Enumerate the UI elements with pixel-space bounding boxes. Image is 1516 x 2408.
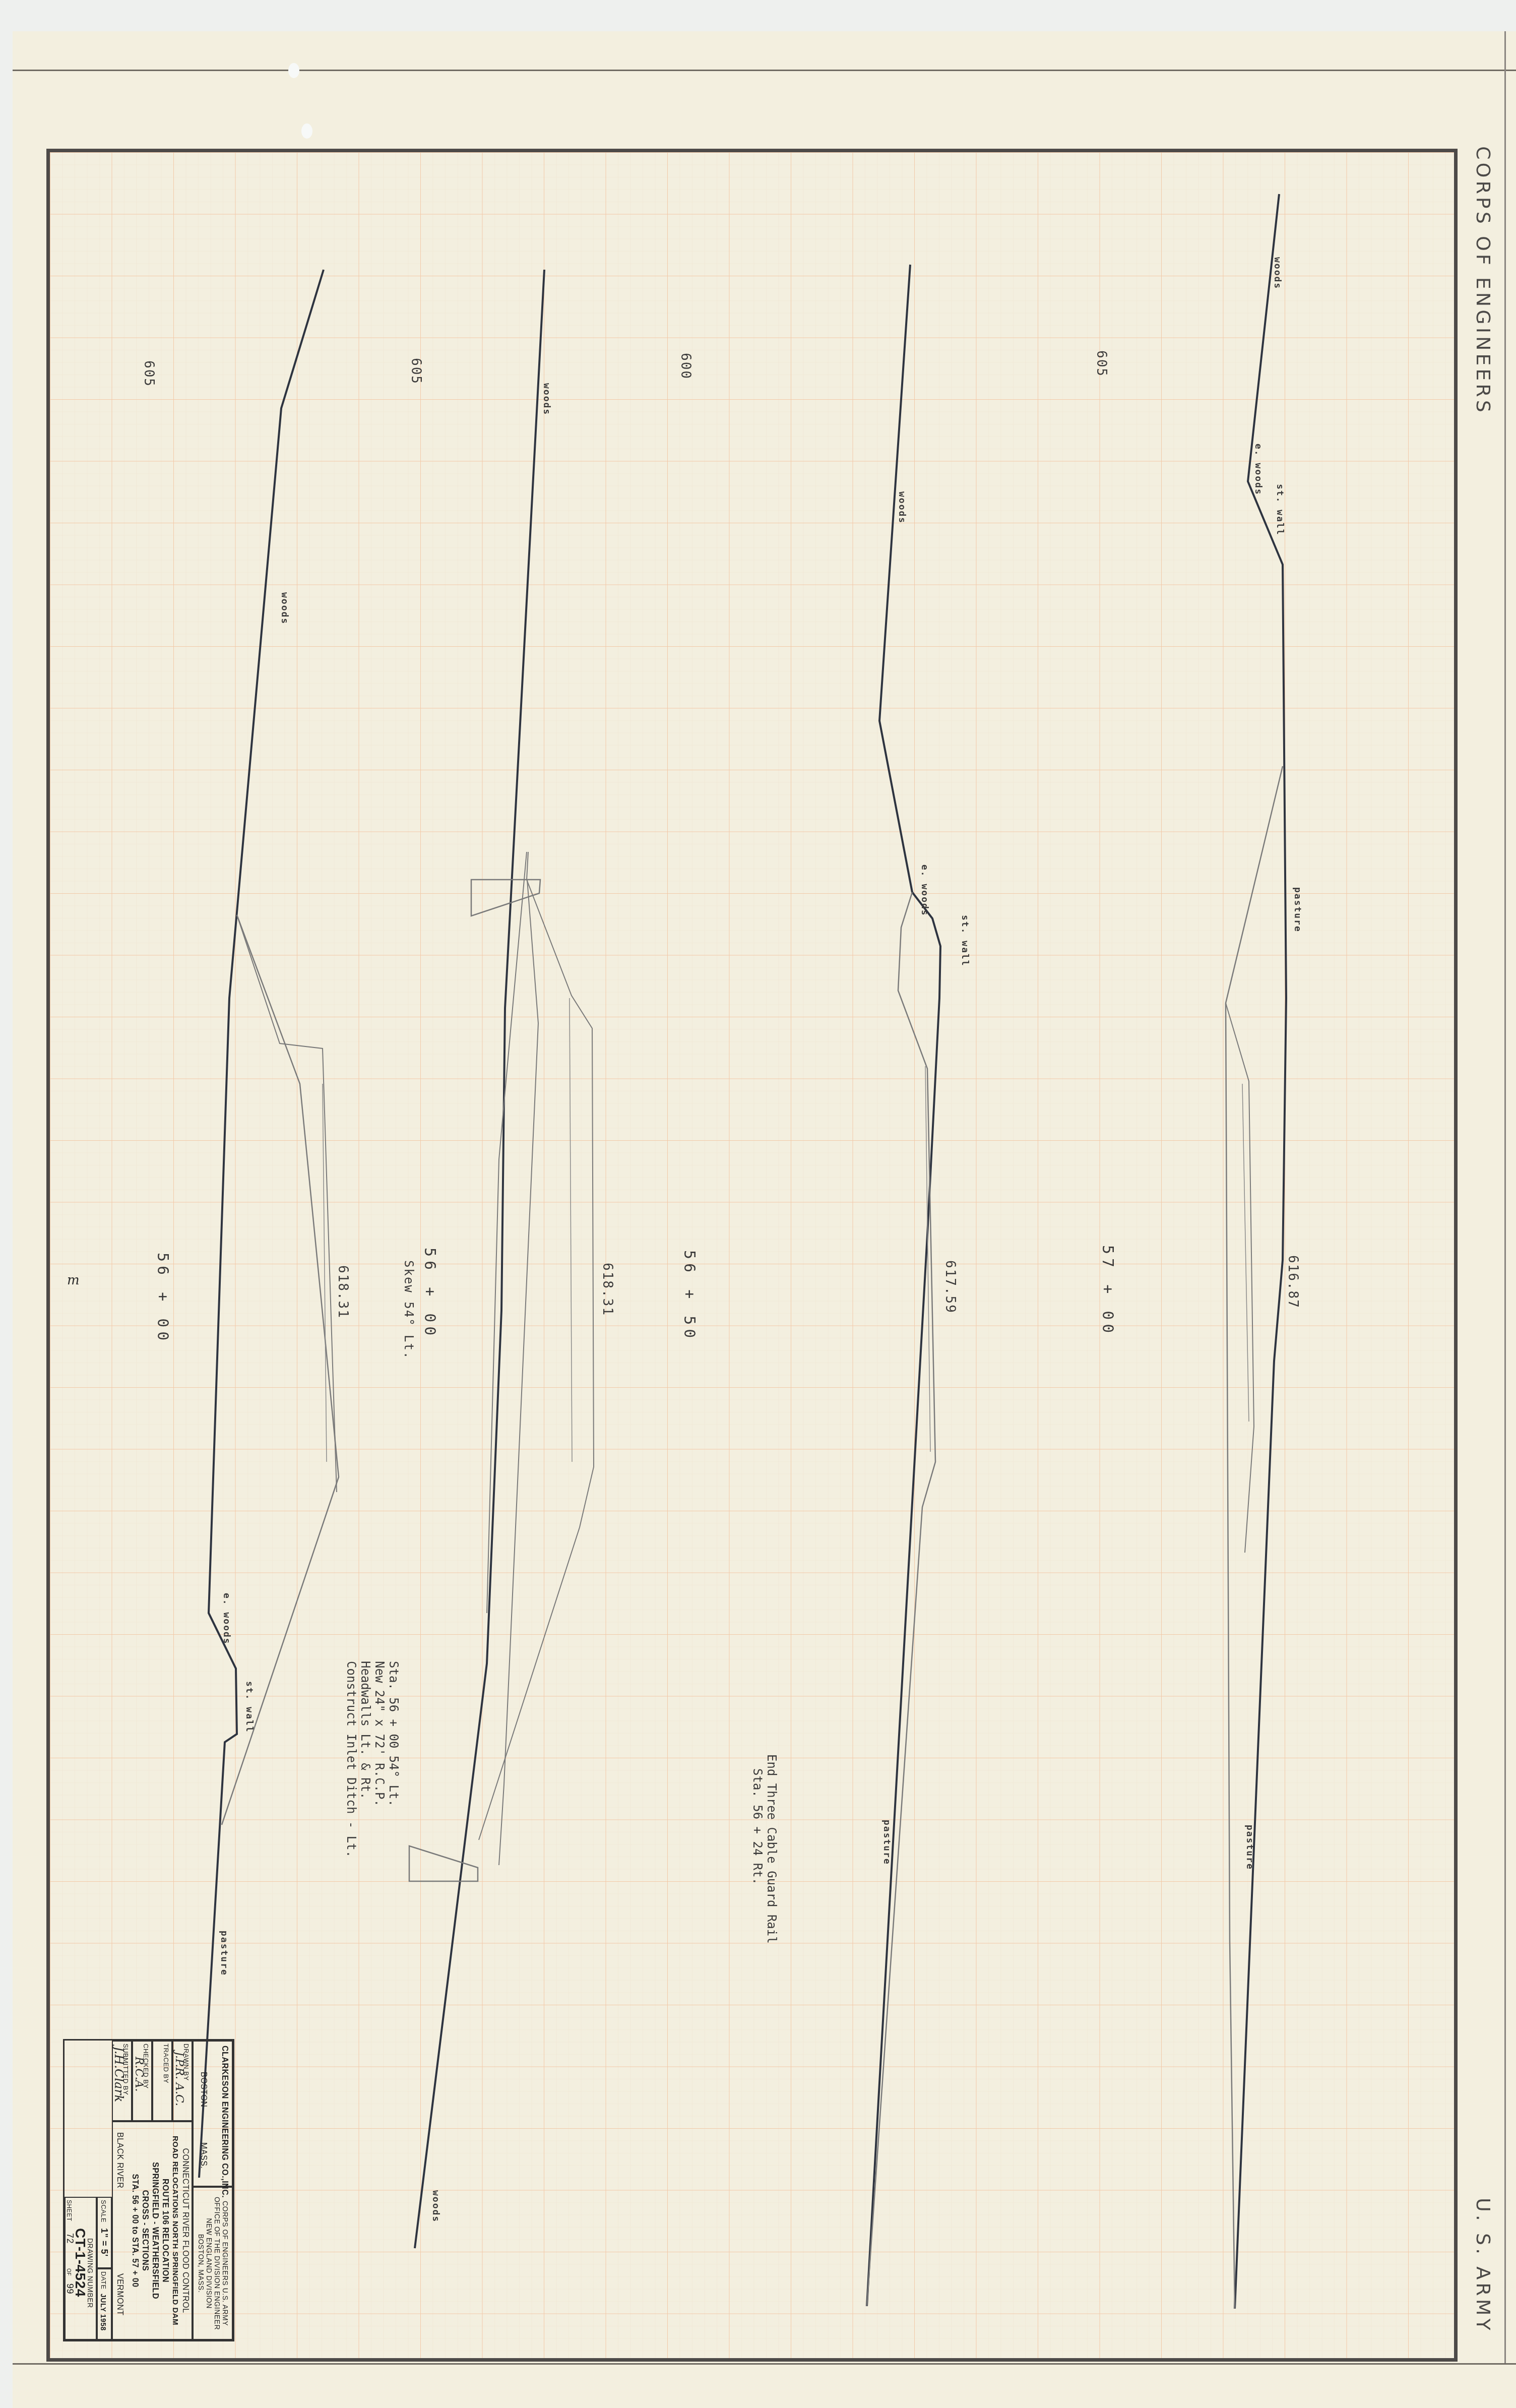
label-pasture: pasture [1244,1825,1255,1870]
firm-city: BOSTON [199,2072,208,2107]
sheet-label: SHEET [65,2200,74,2221]
scale-value: 1" = 5' [100,2228,109,2257]
grade-elevation-56-00-skew: 618.31 [600,1263,615,1316]
label-pasture: pasture [881,1820,892,1865]
label-woods: woods [541,383,552,415]
project-line: STA. 56 + 00 to STA. 57 + 00 [130,2122,139,2339]
grade-elevation-56-50: 617.59 [942,1260,958,1314]
firm-cell: CLARKESON ENGINEERING CO.,INC. BOSTON MA… [193,2041,233,2187]
sheet-of-label: OF [64,2268,73,2276]
ref-elevation-56-50: 600 [678,353,693,380]
margin-corps-of-engineers: CORPS OF ENGINEERS [1472,146,1494,415]
label-edge-woods: e. woods [221,1593,232,1645]
sheet-number: 72 [66,2233,75,2244]
culvert-note: Sta. 56 + 00 54° Lt. New 24" x 72' R.C.P… [344,1661,401,1858]
label-pasture: pasture [1292,887,1303,933]
title-block: CLARKESON ENGINEERING CO.,INC. BOSTON MA… [63,2039,234,2341]
checked-by-value: R.C.A. [133,2057,145,2091]
agency-line: BOSTON, MASS. [197,2188,206,2339]
sheet-total: 99 [66,2283,75,2294]
project-line: CROSS - SECTIONS [140,2122,149,2339]
label-woods: woods [279,592,290,625]
guard-rail-note-line: Sta. 56 + 24 Rt. [750,1754,765,1944]
firm-state: MASS. [199,2142,208,2169]
ref-elevation-57-00: 605 [1094,350,1109,377]
guard-rail-note-line: End Three Cable Guard Rail [765,1754,779,1944]
project-line: SPRINGFIELD - WEATHERSFIELD [150,2122,159,2339]
grade-elevation-56-00: 618.31 [335,1265,350,1319]
date-label: DATE [99,2271,108,2290]
ref-elevation-56-00: 605 [141,360,156,387]
culvert-note-line: New 24" x 72' R.C.P. [372,1661,387,1858]
label-edge-woods: e. woods [1253,444,1264,496]
label-stone-wall: st. wall [1275,484,1285,536]
grade-elevation-57-00: 616.87 [1285,1255,1300,1309]
drawn-by-cell: DRAWN BY J.P.R. A.C. [172,2041,193,2121]
date-value: JULY 1958 [99,2294,108,2331]
ref-elevation-56-00-skew: 605 [408,358,423,385]
station-56-00-skew: 56 + 00 [421,1248,438,1339]
project-cell: CONNECTICUT RIVER FLOOD CONTROL ROAD REL… [112,2121,193,2340]
agency-line: CORPS OF ENGINEERS U.S. ARMY [221,2188,230,2339]
section-56-00-profile [199,270,339,2178]
checked-by-cell: CHECKED BY R.C.A. [132,2041,152,2121]
label-woods: woods [897,491,907,524]
agency-line: NEW ENGLAND DIVISION [205,2188,214,2339]
state-name: VERMONT [115,2273,124,2316]
culvert-note-line: Sta. 56 + 00 54° Lt. [387,1661,401,1858]
scale-label: SCALE [99,2200,108,2222]
skew-label: Skew 54° Lt. [402,1260,416,1360]
label-stone-wall: st. wall [244,1681,255,1733]
station-56-00: 56 + 00 [154,1253,171,1344]
drawn-by-value: J.P.R. A.C. [173,2052,185,2106]
agency-cell: CORPS OF ENGINEERS U.S. ARMY OFFICE OF T… [193,2187,233,2340]
agency-line: OFFICE OF THE DIVISION ENGINEER [213,2188,222,2339]
label-edge-woods: e. woods [919,865,930,916]
project-line: ROUTE 106 RELOCATION [160,2122,169,2339]
guard-rail-note: End Three Cable Guard Rail Sta. 56 + 24 … [750,1754,779,1944]
margin-mark: m [67,1273,80,1288]
submitted-signature: J.H.Clark [112,2047,126,2102]
culvert-note-line: Headwalls Lt. & Rt. [358,1661,372,1858]
date-cell: DATE JULY 1958 [97,2268,112,2340]
station-56-50: 56 + 50 [680,1250,698,1342]
section-56-50-profile [867,265,940,2306]
traced-by-label: TRACED BY [161,2044,170,2083]
project-line: CONNECTICUT RIVER FLOOD CONTROL [180,2122,190,2339]
submitted-by-cell: SUBMITTED BY J.H.Clark [112,2041,132,2121]
station-57-00: 57 + 00 [1099,1245,1116,1337]
traced-by-cell: TRACED BY [152,2041,172,2121]
label-stone-wall: st. wall [960,915,970,967]
label-woods: woods [1272,257,1283,289]
project-line: ROAD RELOCATIONS NORTH SPRINGFIELD DAM [170,2122,179,2339]
river-name: BLACK RIVER [115,2132,124,2188]
firm-name: CLARKESON ENGINEERING CO.,INC. [220,2046,229,2198]
scale-cell: SCALE 1" = 5' [97,2197,112,2268]
culvert-note-line: Construct Inlet Ditch - Lt. [344,1661,358,1858]
drawing-number-cell: DRAWING NUMBER CT-1-4524 SHEET 72 OF 99 [65,2197,97,2340]
margin-us-army: U. S. ARMY [1472,2198,1494,2333]
label-pasture: pasture [219,1931,229,1976]
label-woods: woods [430,2190,441,2222]
